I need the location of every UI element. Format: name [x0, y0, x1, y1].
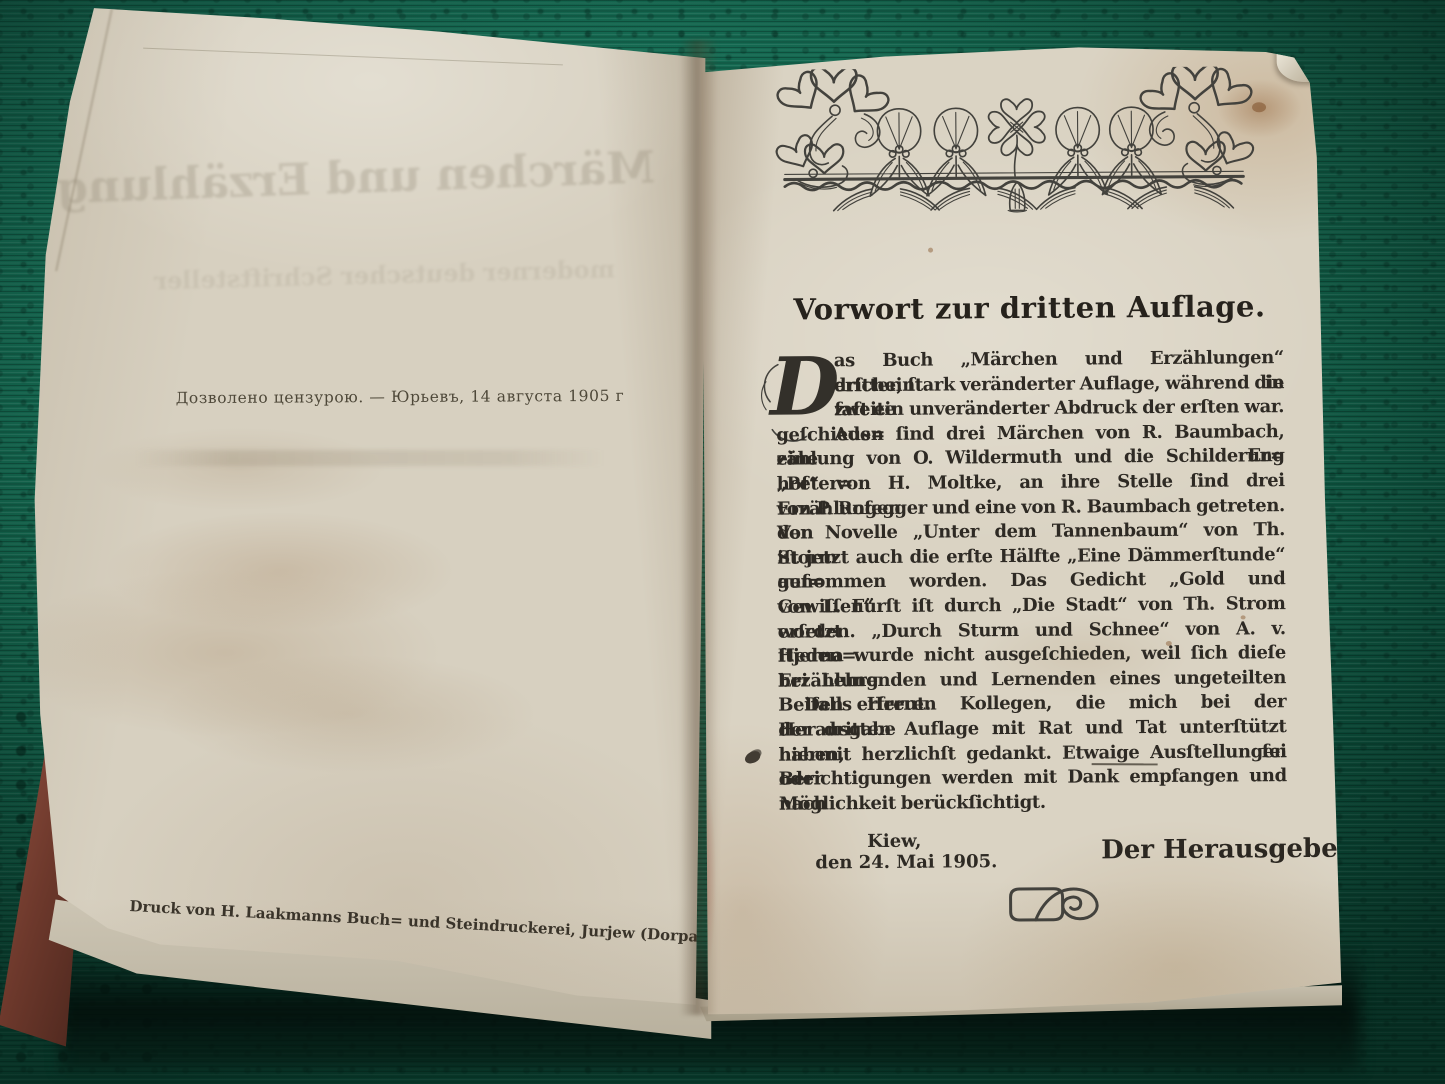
- paragraph-line: bei Lehrenden und Lernenden eines ungete…: [778, 666, 1286, 694]
- paragraph-line: dritter, ſtark veränderter Auflage, währ…: [834, 371, 1284, 399]
- paragraph-line: geſchieden ſind drei Märchen von R. Baum…: [776, 420, 1284, 448]
- paragraph-line: Berichtigungen werden mit Dank empfangen…: [779, 764, 1287, 792]
- paragraph-line: genommen worden. Das Gedicht „Gold und G…: [777, 567, 1285, 595]
- printer-imprint: Druck von H. Laakmanns Buch= und Steindr…: [129, 897, 639, 943]
- paragraph-line: von P. Roſegger und eine von R. Baumbach…: [777, 494, 1285, 522]
- showthrough-rule: [143, 48, 563, 66]
- paragraph-line: worden. „Durch Sturm und Schnee“ von A. …: [778, 617, 1286, 645]
- paragraph-line: Möglichkeit berückſichtigt.: [779, 789, 1287, 817]
- censor-stamp-line: Дозволено цензурою. — Юрьевъ, 14 августа…: [165, 387, 635, 407]
- paragraph-line: der Novelle „Unter dem Tannenbaum“ von T…: [777, 518, 1285, 546]
- foxing-speck: [1241, 615, 1246, 619]
- paragraph-line: Den Herren Kollegen, die mich bei der He…: [778, 690, 1286, 718]
- dropcap-lines: as Buch „Märchen und Erzählungen“ erſche…: [834, 346, 1285, 423]
- ink-blot: [743, 750, 762, 765]
- place-date-block: Kiew, den 24. Mai 1905.: [815, 830, 997, 873]
- foxing-speck: [928, 248, 933, 253]
- place-line: Kiew,: [867, 830, 997, 852]
- paragraph-line: von L. Fürſt iſt durch „Die Stadt“ von T…: [777, 592, 1285, 620]
- knot-tailpiece-ornament: [1005, 879, 1105, 932]
- editor-signature: Der Herausgeber.: [1101, 834, 1321, 866]
- left-page: Märchen und Erzählungen moderner deutsch…: [25, 0, 715, 1020]
- book-spine-gutter: [680, 40, 718, 1015]
- foxing-speck: [1166, 641, 1172, 646]
- date-line: den 24. Mai 1905.: [815, 851, 997, 873]
- preface-paragraph: as Buch „Märchen und Erzählungen“ erſche…: [776, 346, 1287, 817]
- ghost-title: Märchen und Erzählungen: [94, 142, 655, 213]
- paragraph-line: zählung von O. Wildermuth und die Schild…: [776, 445, 1284, 473]
- right-page: Vorwort zur dritten Auflage. D as Buch „…: [692, 40, 1344, 1019]
- paragraph-line: iſt jetzt auch die erſte Hälfte „Eine Dä…: [777, 543, 1285, 571]
- paragraph-line: as Buch „Märchen und Erzählungen“ erſche…: [834, 346, 1284, 374]
- preface-title: Vorwort zur dritten Auflage.: [775, 289, 1283, 327]
- paragraph-line: hiermit herzlichſt gedankt. Etwaige Ausſ…: [778, 740, 1286, 768]
- showthrough-smudge: [135, 450, 605, 466]
- paragraph-line: hof“ von H. Moltke, an ihre Stelle ſind …: [777, 469, 1285, 497]
- etwaige-underline: [1092, 763, 1158, 765]
- foxing-speck: [1252, 102, 1266, 112]
- book-photo: Märchen und Erzählungen moderner deutsch…: [0, 0, 1445, 1084]
- paragraph-line: faſt ein unveränderter Abdruck der erſte…: [834, 395, 1284, 423]
- ghost-subtitle: moderner deutscher Schriftsteller: [175, 254, 616, 295]
- paragraph-line: der dritten Auflage mit Rat und Tat unte…: [778, 715, 1286, 743]
- paragraph-line: ſtjerna wurde nicht ausgeſchieden, weil …: [778, 641, 1286, 669]
- floral-headpiece-ornament: [770, 66, 1258, 227]
